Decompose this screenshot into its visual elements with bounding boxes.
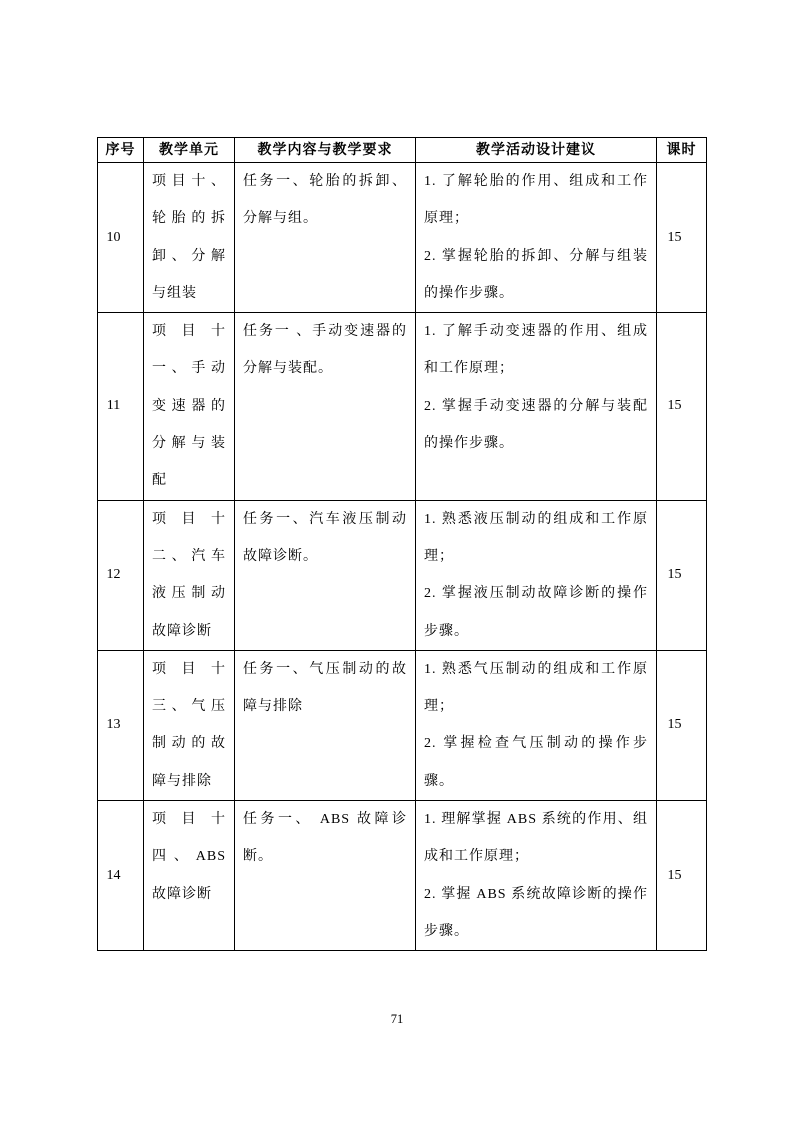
- unit-cell: 项目十三、气压制动的故障与排除: [144, 650, 235, 800]
- row-index: 14: [98, 801, 144, 951]
- suggestion-item: 1. 理解掌握 ABS 系统的作用、组成和工作原理；: [424, 801, 648, 876]
- hours-cell: 15: [657, 650, 707, 800]
- header-cell-unit: 教学单元: [144, 138, 235, 163]
- content-cell: 任务一、汽车液压制动故障诊断。: [235, 500, 416, 650]
- unit-cell: 项目十、轮胎的拆卸、分解与组装: [144, 163, 235, 313]
- unit-cell: 项目十一、手动变速器的分解与装配: [144, 313, 235, 500]
- header-cell-index: 序号: [98, 138, 144, 163]
- suggestion-item: 2. 掌握轮胎的拆卸、分解与组装的操作步骤。: [424, 238, 648, 313]
- row-index: 10: [98, 163, 144, 313]
- suggestion-item: 2. 掌握检查气压制动的操作步骤。: [424, 725, 648, 800]
- hours-cell: 15: [657, 313, 707, 500]
- hours-cell: 15: [657, 163, 707, 313]
- unit-cell: 项目十二、汽车液压制动故障诊断: [144, 500, 235, 650]
- row-index: 11: [98, 313, 144, 500]
- table-row: 12 项目十二、汽车液压制动故障诊断 任务一、汽车液压制动故障诊断。 1. 熟悉…: [98, 500, 707, 650]
- row-index: 13: [98, 650, 144, 800]
- header-cell-content: 教学内容与教学要求: [235, 138, 416, 163]
- content-cell: 任务一 、手动变速器的分解与装配。: [235, 313, 416, 500]
- table-row: 11 项目十一、手动变速器的分解与装配 任务一 、手动变速器的分解与装配。 1.…: [98, 313, 707, 500]
- suggestion-item: 1. 了解轮胎的作用、组成和工作原理；: [424, 163, 648, 238]
- header-cell-suggestions: 教学活动设计建议: [416, 138, 657, 163]
- content-cell: 任务一、 ABS 故障诊断。: [235, 801, 416, 951]
- hours-cell: 15: [657, 500, 707, 650]
- row-index: 12: [98, 500, 144, 650]
- content-cell: 任务一、轮胎的拆卸、分解与组。: [235, 163, 416, 313]
- suggestion-item: 2. 掌握 ABS 系统故障诊断的操作步骤。: [424, 876, 648, 951]
- suggestions-cell: 1. 理解掌握 ABS 系统的作用、组成和工作原理； 2. 掌握 ABS 系统故…: [416, 801, 657, 951]
- teaching-schedule-table: 序号 教学单元 教学内容与教学要求 教学活动设计建议 课时 10 项目十、轮胎的…: [97, 137, 707, 951]
- table-row: 10 项目十、轮胎的拆卸、分解与组装 任务一、轮胎的拆卸、分解与组。 1. 了解…: [98, 163, 707, 313]
- suggestion-item: 1. 熟悉液压制动的组成和工作原理；: [424, 501, 648, 576]
- header-cell-hours: 课时: [657, 138, 707, 163]
- unit-cell: 项目十四、ABS 故障诊断: [144, 801, 235, 951]
- suggestion-item: 1. 熟悉气压制动的组成和工作原理；: [424, 651, 648, 726]
- hours-cell: 15: [657, 801, 707, 951]
- suggestion-item: 1. 了解手动变速器的作用、组成和工作原理；: [424, 313, 648, 388]
- document-page: 序号 教学单元 教学内容与教学要求 教学活动设计建议 课时 10 项目十、轮胎的…: [0, 0, 794, 1122]
- content-cell: 任务一、气压制动的故障与排除: [235, 650, 416, 800]
- table-row: 13 项目十三、气压制动的故障与排除 任务一、气压制动的故障与排除 1. 熟悉气…: [98, 650, 707, 800]
- suggestions-cell: 1. 熟悉液压制动的组成和工作原理； 2. 掌握液压制动故障诊断的操作步骤。: [416, 500, 657, 650]
- page-number: 71: [0, 1012, 794, 1027]
- suggestions-cell: 1. 了解手动变速器的作用、组成和工作原理； 2. 掌握手动变速器的分解与装配的…: [416, 313, 657, 500]
- header-row: 序号 教学单元 教学内容与教学要求 教学活动设计建议 课时: [98, 138, 707, 163]
- suggestion-item: 2. 掌握液压制动故障诊断的操作步骤。: [424, 575, 648, 650]
- suggestions-cell: 1. 熟悉气压制动的组成和工作原理； 2. 掌握检查气压制动的操作步骤。: [416, 650, 657, 800]
- table-row: 14 项目十四、ABS 故障诊断 任务一、 ABS 故障诊断。 1. 理解掌握 …: [98, 801, 707, 951]
- suggestions-cell: 1. 了解轮胎的作用、组成和工作原理； 2. 掌握轮胎的拆卸、分解与组装的操作步…: [416, 163, 657, 313]
- suggestion-item: 2. 掌握手动变速器的分解与装配的操作步骤。: [424, 388, 648, 463]
